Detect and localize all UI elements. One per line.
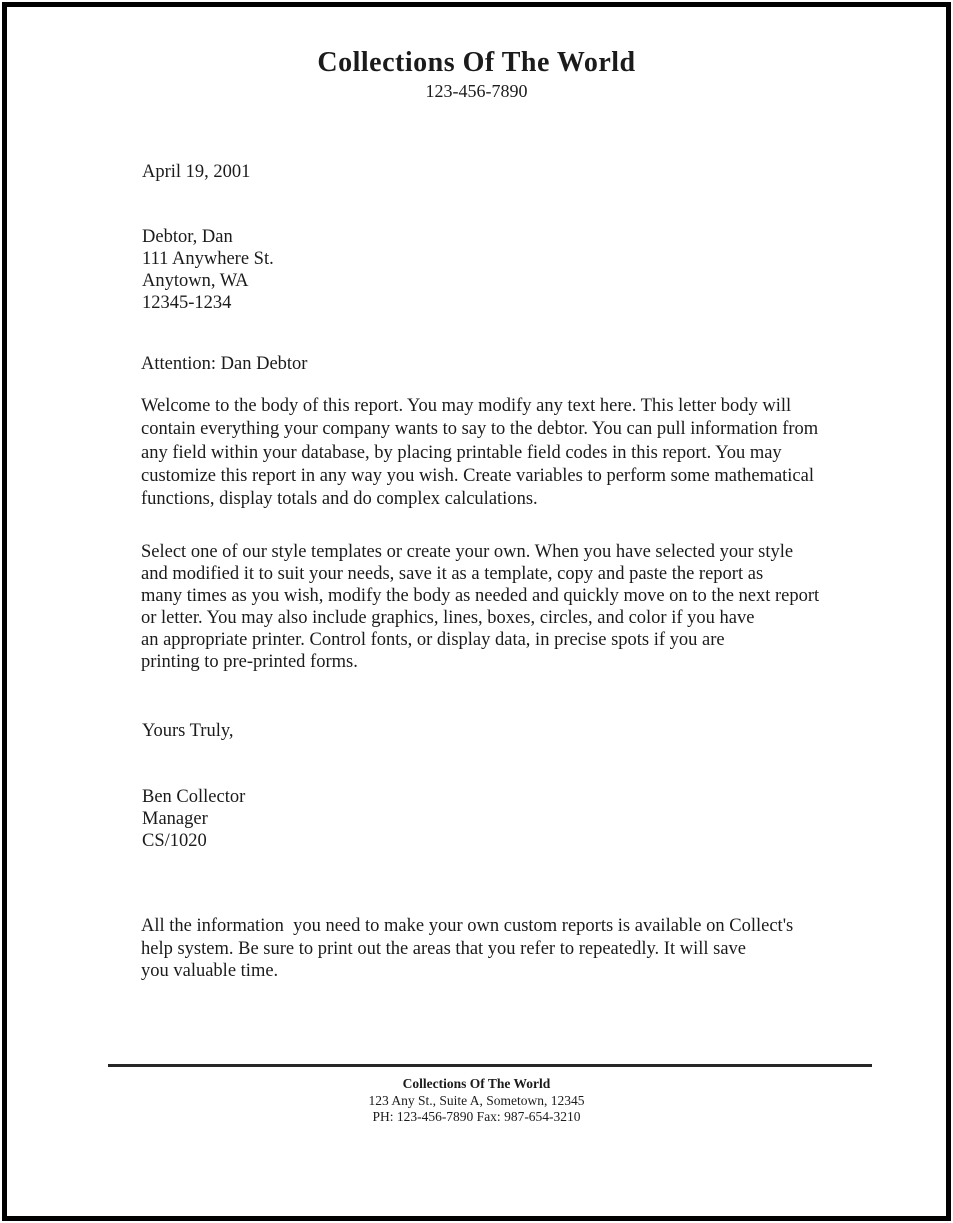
recipient-street: 111 Anywhere St.	[142, 248, 274, 270]
closing-salutation: Yours Truly,	[142, 719, 234, 743]
footer-divider-rule	[108, 1064, 872, 1067]
attention-line: Attention: Dan Debtor	[141, 352, 307, 376]
footer-phone-fax: PH: 123-456-7890 Fax: 987-654-3210	[0, 1109, 953, 1126]
recipient-city-state: Anytown, WA	[142, 270, 274, 292]
letterhead-phone: 123-456-7890	[0, 80, 953, 102]
signer-name: Ben Collector	[142, 787, 245, 809]
signer-code: CS/1020	[142, 831, 245, 853]
letter-date: April 19, 2001	[142, 160, 250, 184]
recipient-zip: 12345-1234	[142, 292, 274, 314]
letter-footer: Collections Of The World 123 Any St., Su…	[0, 1076, 953, 1126]
scanned-letter-page: Collections Of The World 123-456-7890 Ap…	[0, 0, 953, 1223]
recipient-name: Debtor, Dan	[142, 226, 274, 248]
recipient-address-block: Debtor, Dan 111 Anywhere St. Anytown, WA…	[142, 226, 274, 314]
signer-title: Manager	[142, 809, 245, 831]
body-paragraph-1: Welcome to the body of this report. You …	[141, 395, 911, 511]
signature-block: Ben Collector Manager CS/1020	[142, 787, 245, 852]
letterhead-company-name: Collections Of The World	[0, 46, 953, 80]
body-paragraph-3: All the information you need to make you…	[141, 915, 911, 983]
footer-company-name: Collections Of The World	[0, 1076, 953, 1093]
body-paragraph-2: Select one of our style templates or cre…	[141, 541, 911, 673]
footer-address: 123 Any St., Suite A, Sometown, 12345	[0, 1093, 953, 1110]
